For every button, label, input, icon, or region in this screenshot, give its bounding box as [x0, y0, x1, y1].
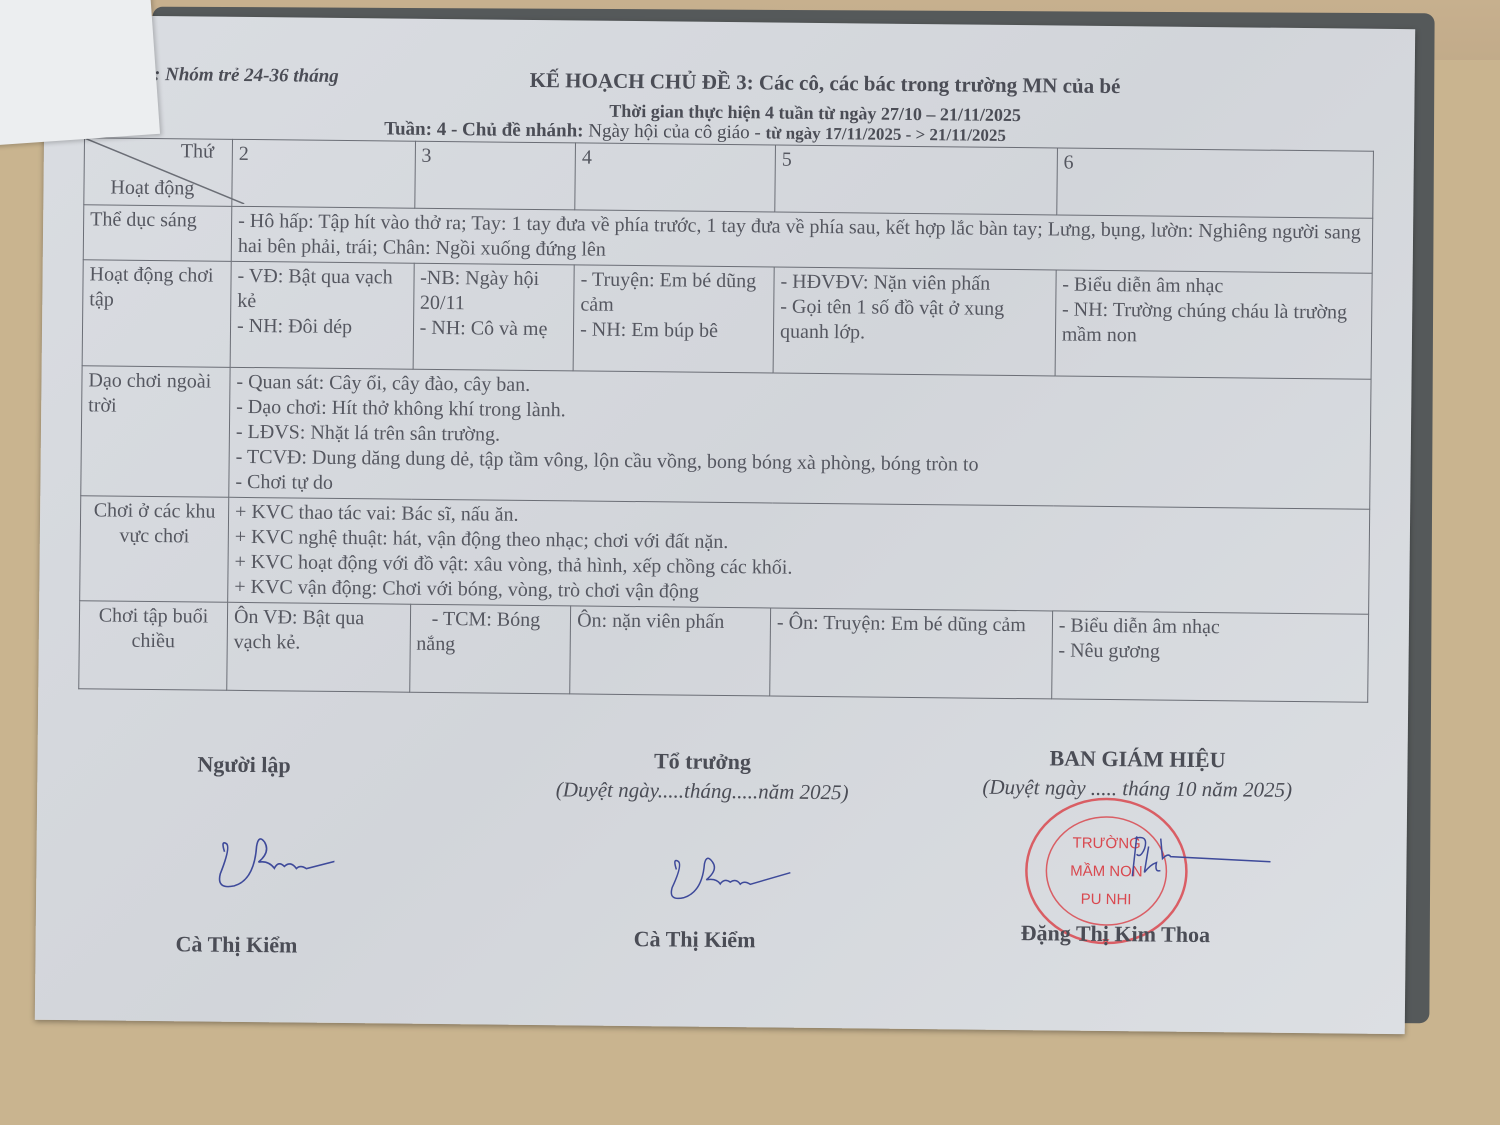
cell-line: Ôn VĐ: Bật qua vạch kẻ.: [234, 605, 404, 657]
corner-activity-label: Hoạt động: [110, 176, 194, 202]
table-row-afternoon: Chơi tập buổi chiều Ôn VĐ: Bật qua vạch …: [79, 601, 1369, 702]
board-signature: [1126, 826, 1287, 888]
outdoor-content: - Quan sát: Cây ổi, cây đào, cây ban. - …: [229, 367, 1371, 509]
table-cell: - Biểu diễn âm nhạc- NH: Trường chúng ch…: [1055, 270, 1372, 379]
stamp-line: PU NHI: [1081, 891, 1132, 909]
table-cell: - Biểu diễn âm nhạc- Nêu gương: [1051, 611, 1368, 702]
table-cell: - Truyện: Em bé dũng cảm- NH: Em búp bê: [573, 265, 774, 373]
team-leader-signature: [666, 851, 797, 912]
author-name: Cà Thị Kiểm: [175, 931, 297, 958]
team-leader-name: Cà Thị Kiểm: [634, 926, 756, 953]
play-areas-content: + KVC thao tác vai: Bác sĩ, nấu ăn. + KV…: [228, 497, 1370, 614]
loose-paper-corner: [0, 0, 160, 146]
cell-line: - Truyện: Em bé dũng cảm: [580, 267, 767, 319]
board-signature-block: BAN GIÁM HIỆU (Duyệt ngày ..... tháng 10…: [947, 744, 1328, 803]
day-header: 3: [414, 141, 575, 210]
row-label: Chơi ở các khu vực chơi: [80, 496, 229, 603]
cell-line: Ôn: nặn viên phấn: [577, 608, 764, 635]
document-title: KẾ HOẠCH CHỦ ĐỀ 3: Các cô, các bác trong…: [530, 68, 1121, 99]
table-row-outdoor: Dạo chơi ngoài trời - Quan sát: Cây ổi, …: [81, 366, 1371, 509]
cell-line: - NH: Đôi dép: [237, 314, 407, 341]
day-header: 4: [575, 143, 776, 212]
day-header: 2: [232, 139, 415, 208]
table-row-play-learn: Hoạt động chơi tập - VĐ: Bật qua vạch kẻ…: [82, 260, 1372, 379]
cell-line: -NB: Ngày hội 20/11: [420, 266, 568, 318]
corner-day-label: Thứ: [181, 139, 214, 164]
cell-line: - Gọi tên 1 số đồ vật ở xung quanh lớp.: [780, 295, 1049, 348]
table-cell: Ôn VĐ: Bật qua vạch kẻ.: [227, 602, 411, 692]
row-label: Chơi tập buổi chiều: [79, 601, 228, 691]
team-leader-approval-note: (Duyệt ngày.....tháng.....năm 2025): [512, 777, 892, 806]
author-signature-block: Người lập: [197, 751, 291, 778]
cell-line: - Nêu gương: [1058, 638, 1361, 666]
cell-line: - NH: Cô và mẹ: [420, 316, 568, 343]
row-label: Thể dục sáng: [83, 205, 232, 262]
table-cell: Ôn: nặn viên phấn: [570, 606, 771, 696]
table-cell: - HĐVĐV: Nặn viên phấn- Gọi tên 1 số đồ …: [773, 267, 1056, 376]
author-signature: [214, 832, 335, 903]
board-title: BAN GIÁM HIỆU: [947, 744, 1327, 774]
table-row-play-areas: Chơi ở các khu vực chơi + KVC thao tác v…: [80, 496, 1370, 614]
cell-line: - NH: Em búp bê: [580, 317, 767, 344]
day-header: 5: [775, 145, 1057, 215]
corner-cell: Thứ Hoạt động: [84, 138, 233, 207]
week-dates: từ ngày 17/11/2025 - > 21/11/2025: [765, 123, 1006, 145]
weekly-plan-table: Thứ Hoạt động 2 3 4 5 6 Thể dục sáng - H…: [78, 137, 1374, 702]
week-label: Tuần: 4 - Chủ đề nhánh:: [384, 118, 584, 141]
table-cell: - Ôn: Truyện: Em bé dũng cảm: [770, 608, 1053, 699]
cell-line: - TCM: Bóng nắng: [416, 607, 564, 659]
team-leader-title: Tổ trưởng: [512, 747, 892, 777]
row-label: Dạo chơi ngoài trời: [81, 366, 230, 498]
cell-line: - HĐVĐV: Nặn viên phấn: [780, 270, 1049, 298]
board-name: Đặng Thị Kim Thoa: [1021, 920, 1211, 948]
cell-line: - NH: Trường chúng cháu là trường mầm no…: [1062, 298, 1366, 351]
cell-line: - Biểu diễn âm nhạc: [1059, 614, 1362, 642]
author-title: Người lập: [197, 751, 291, 778]
cell-line: - Biểu diễn âm nhạc: [1062, 273, 1365, 301]
cell-line: - Ôn: Truyện: Em bé dũng cảm: [777, 611, 1046, 639]
lesson-plan-document: Lớp: Nhóm trẻ 24-36 tháng KẾ HOẠCH CHỦ Đ…: [35, 15, 1415, 1034]
cell-line: - VĐ: Bật qua vạch kẻ: [237, 264, 407, 316]
team-leader-signature-block: Tổ trưởng (Duyệt ngày.....tháng.....năm …: [512, 747, 893, 806]
table-cell: - TCM: Bóng nắng: [409, 604, 570, 694]
week-topic: Ngày hội của cô giáo -: [588, 121, 761, 144]
table-cell: -NB: Ngày hội 20/11- NH: Cô và mẹ: [413, 263, 575, 371]
table-cell: - VĐ: Bật qua vạch kẻ- NH: Đôi dép: [230, 261, 414, 369]
row-label: Hoạt động chơi tập: [82, 260, 231, 368]
day-header: 6: [1057, 148, 1374, 218]
